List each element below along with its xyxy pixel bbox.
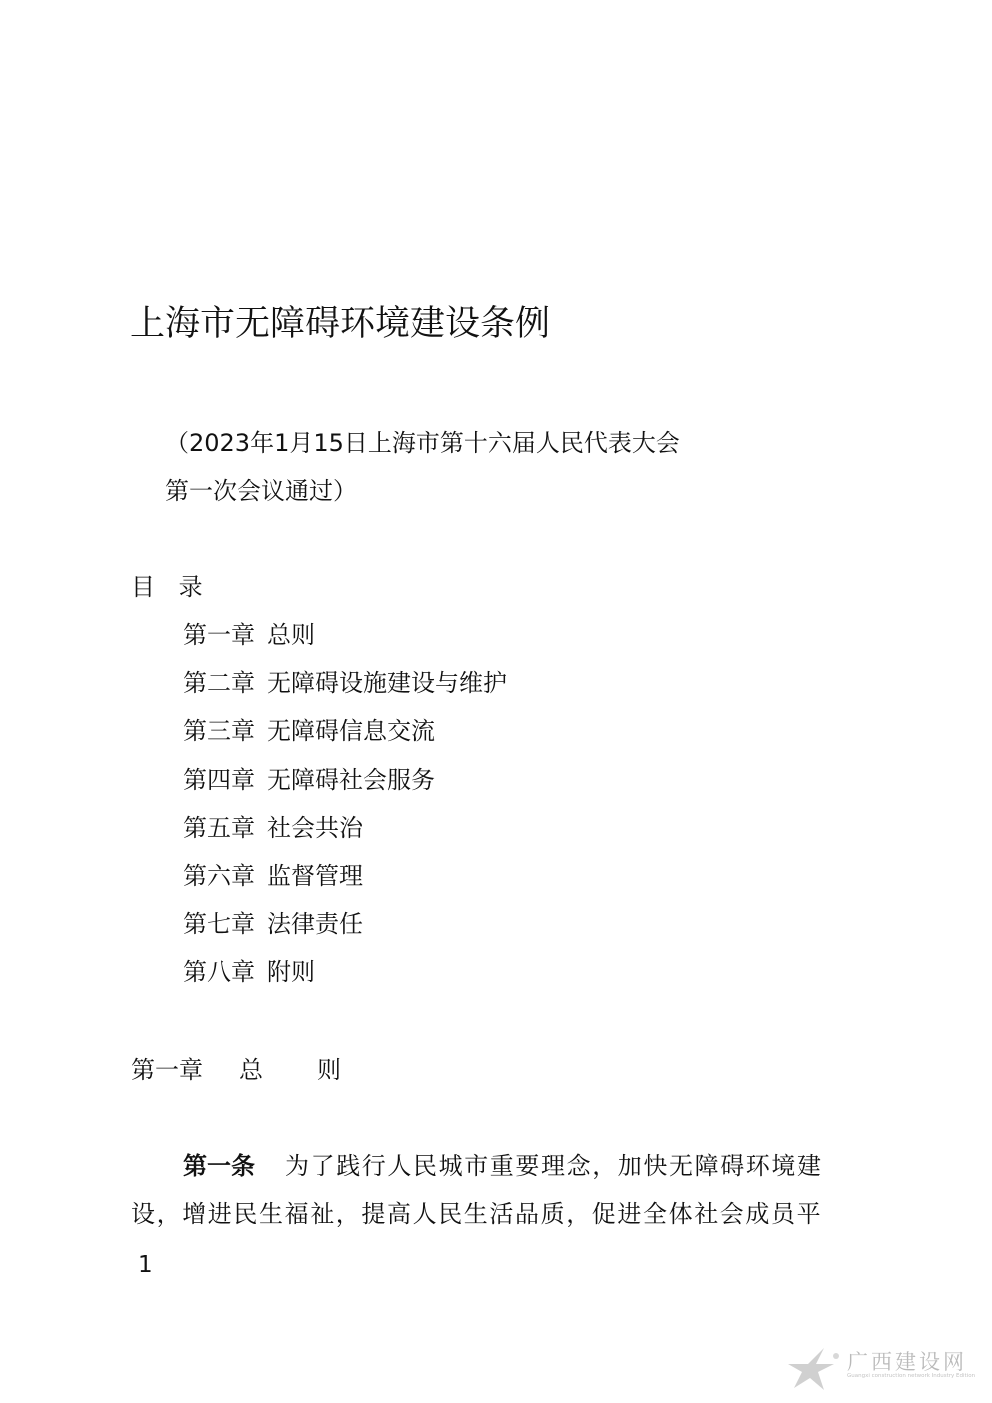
toc-chapter-title: 法律责任 bbox=[267, 910, 363, 938]
toc-chapter-title: 附则 bbox=[267, 958, 315, 986]
toc-item: 第五章社会共治 bbox=[183, 808, 363, 843]
toc-item: 第六章监督管理 bbox=[183, 856, 363, 891]
toc-chapter-num: 第二章 bbox=[183, 669, 255, 697]
page-number: 1 bbox=[138, 1252, 153, 1278]
adoption-note-line2: 第一次会议通过） bbox=[165, 471, 357, 506]
chapter-heading: 第一章总则 bbox=[131, 1050, 341, 1085]
toc-chapter-num: 第四章 bbox=[183, 766, 255, 794]
chapter-title-part2: 则 bbox=[317, 1056, 341, 1084]
toc-chapter-title: 无障碍信息交流 bbox=[267, 717, 435, 745]
chapter-title-part1: 总 bbox=[239, 1050, 317, 1085]
toc-item: 第二章无障碍设施建设与维护 bbox=[183, 663, 507, 698]
toc-chapter-title: 无障碍设施建设与维护 bbox=[267, 669, 507, 697]
toc-chapter-title: 无障碍社会服务 bbox=[267, 766, 435, 794]
article-text: 为了践行人民城市重要理念，加快无障碍环境建 bbox=[285, 1152, 823, 1180]
toc-chapter-num: 第五章 bbox=[183, 814, 255, 842]
star-logo-icon bbox=[784, 1346, 844, 1392]
adoption-note-line1: （2023年1月15日上海市第十六届人民代表大会 bbox=[165, 423, 680, 458]
watermark: 广西建设网 Guangxi construction network Indus… bbox=[784, 1346, 984, 1392]
article-1-line1: 第一条为了践行人民城市重要理念，加快无障碍环境建 bbox=[183, 1146, 823, 1181]
toc-item: 第八章附则 bbox=[183, 952, 315, 987]
watermark-english: Guangxi construction network Industry Ed… bbox=[847, 1373, 975, 1379]
toc-chapter-title: 监督管理 bbox=[267, 862, 363, 890]
watermark-name: 广西建设网 bbox=[847, 1346, 967, 1376]
document-title: 上海市无障碍环境建设条例 bbox=[130, 296, 550, 346]
toc-chapter-num: 第一章 bbox=[183, 621, 255, 649]
toc-item: 第四章无障碍社会服务 bbox=[183, 760, 435, 795]
article-1-line2: 设，增进民生福祉，提高人民生活品质，促进全体社会成员平 bbox=[131, 1194, 822, 1229]
toc-item: 第三章无障碍信息交流 bbox=[183, 711, 435, 746]
toc-item: 第七章法律责任 bbox=[183, 904, 363, 939]
toc-chapter-title: 总则 bbox=[267, 621, 315, 649]
article-label: 第一条 bbox=[183, 1152, 255, 1180]
chapter-num: 第一章 bbox=[131, 1050, 239, 1085]
toc-chapter-num: 第八章 bbox=[183, 958, 255, 986]
toc-chapter-num: 第七章 bbox=[183, 910, 255, 938]
toc-chapter-num: 第六章 bbox=[183, 862, 255, 890]
toc-chapter-num: 第三章 bbox=[183, 717, 255, 745]
toc-heading: 目 录 bbox=[131, 567, 203, 602]
toc-item: 第一章总则 bbox=[183, 615, 315, 650]
toc-chapter-title: 社会共治 bbox=[267, 814, 363, 842]
